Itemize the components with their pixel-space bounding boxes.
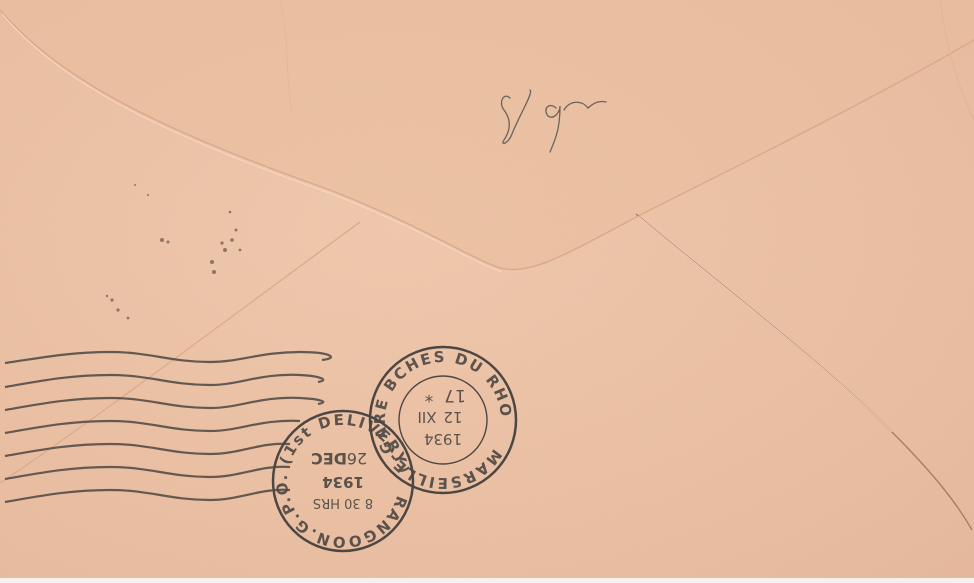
svg-text:12: 12 (443, 408, 462, 426)
svg-text:*: * (425, 385, 434, 405)
scan-border (0, 578, 974, 583)
handwritten-note (490, 78, 610, 168)
svg-text:1934: 1934 (322, 473, 364, 491)
svg-text:1934: 1934 (424, 430, 462, 448)
svg-text:8 30 HRS: 8 30 HRS (313, 495, 373, 510)
svg-text:XII: XII (417, 408, 436, 426)
envelope-back: MARSEILLE-GARE BCHES DU RHONE 1934 12 XI… (0, 0, 974, 578)
svg-text:DEC: DEC (311, 449, 347, 468)
svg-text:17: 17 (444, 385, 466, 405)
envelope-folds: MARSEILLE-GARE BCHES DU RHONE 1934 12 XI… (0, 0, 974, 578)
svg-text:26: 26 (347, 449, 367, 468)
